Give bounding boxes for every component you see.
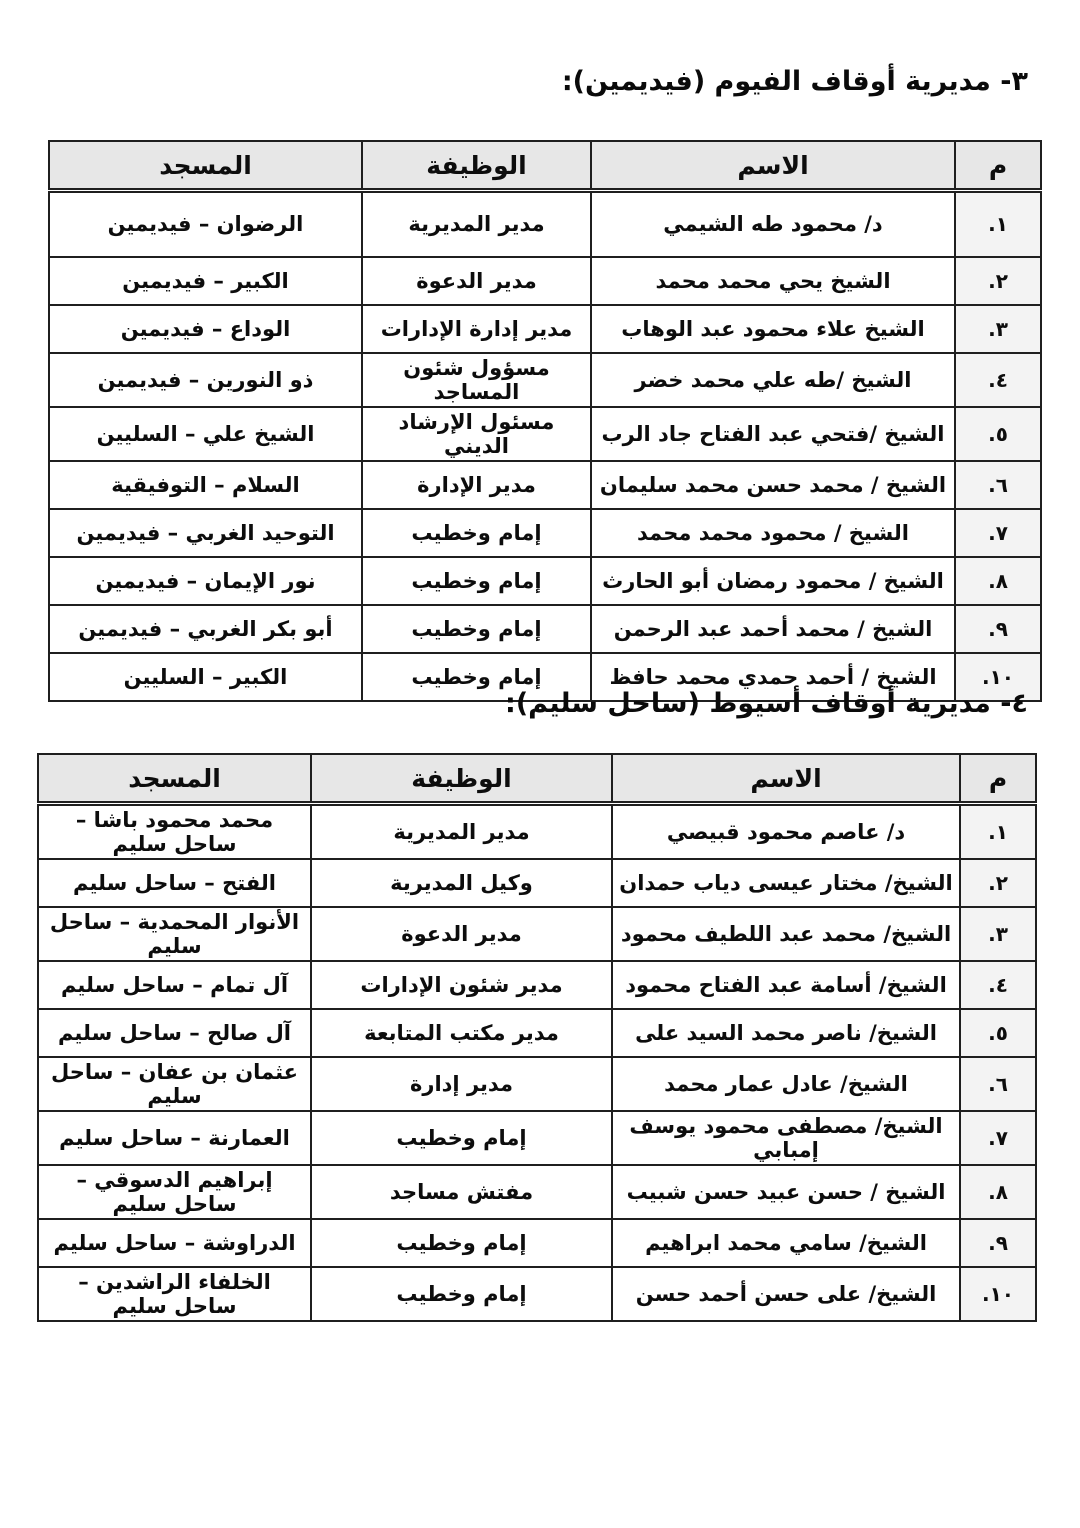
table-row: ٥. الشيخ /فتحي عبد الفتاح جاد الرب مسئول… bbox=[49, 407, 1041, 461]
row-number: ١٠. bbox=[960, 1267, 1036, 1321]
job-cell: مدير المديرية bbox=[311, 804, 612, 860]
row-number: ٧. bbox=[960, 1111, 1036, 1165]
name-cell: الشيخ/ مختار عيسى دياب حمدان bbox=[612, 859, 960, 907]
name-cell: الشيخ/ محمد عبد اللطيف محمود bbox=[612, 907, 960, 961]
job-cell: مسؤول شئون المساجد bbox=[362, 353, 591, 407]
name-cell: د/ عاصم محمود قبيصي bbox=[612, 804, 960, 860]
job-cell: مسئول الإرشاد الديني bbox=[362, 407, 591, 461]
row-number: ١. bbox=[960, 804, 1036, 860]
row-number: ٩. bbox=[960, 1219, 1036, 1267]
job-cell: وكيل المديرية bbox=[311, 859, 612, 907]
job-cell: مدير المديرية bbox=[362, 191, 591, 257]
mosque-cell: الأنوار المحمدية – ساحل سليم bbox=[38, 907, 311, 961]
name-cell: الشيخ/ سامي محمد ابراهيم bbox=[612, 1219, 960, 1267]
mosque-cell: آل تمام – ساحل سليم bbox=[38, 961, 311, 1009]
col-header-job: الوظيفة bbox=[362, 141, 591, 191]
job-cell: مدير الدعوة bbox=[311, 907, 612, 961]
document-page: { "page": { "background": "#ffffff", "te… bbox=[0, 0, 1080, 1528]
job-cell: مدير شئون الإدارات bbox=[311, 961, 612, 1009]
table-row: ٨. الشيخ / حسن عبيد حسن شبيب مفتش مساجد … bbox=[38, 1165, 1036, 1219]
col-header-num: م bbox=[955, 141, 1041, 191]
mosque-cell: التوحيد الغربي – فيديمين bbox=[49, 509, 362, 557]
row-number: ٨. bbox=[960, 1165, 1036, 1219]
table-row: ٩. الشيخ / محمد أحمد عبد الرحمن إمام وخط… bbox=[49, 605, 1041, 653]
table-row: ٣. الشيخ/ محمد عبد اللطيف محمود مدير الد… bbox=[38, 907, 1036, 961]
row-number: ٤. bbox=[960, 961, 1036, 1009]
job-cell: إمام وخطيب bbox=[311, 1219, 612, 1267]
mosque-cell: إبراهيم الدسوقي – ساحل سليم bbox=[38, 1165, 311, 1219]
name-cell: الشيخ/ أسامة عبد الفتاح محمود bbox=[612, 961, 960, 1009]
col-header-job: الوظيفة bbox=[311, 754, 612, 804]
table-header-row: م الاسم الوظيفة المسجد bbox=[38, 754, 1036, 804]
table-row: ١. د/ محمود طه الشيمي مدير المديرية الرض… bbox=[49, 191, 1041, 257]
name-cell: الشيخ /فتحي عبد الفتاح جاد الرب bbox=[591, 407, 955, 461]
section-title-assiut: ٤- مديرية أوقاف أسيوط (ساحل سليم): bbox=[505, 688, 1028, 719]
mosque-cell: آل صالح – ساحل سليم bbox=[38, 1009, 311, 1057]
mosque-cell: الدراوشة – ساحل سليم bbox=[38, 1219, 311, 1267]
row-number: ٥. bbox=[955, 407, 1041, 461]
mosque-cell: أبو بكر الغربي – فيديمين bbox=[49, 605, 362, 653]
name-cell: الشيخ / حسن عبيد حسن شبيب bbox=[612, 1165, 960, 1219]
table-row: ١٠. الشيخ/ على حسن أحمد حسن إمام وخطيب ا… bbox=[38, 1267, 1036, 1321]
row-number: ٦. bbox=[960, 1057, 1036, 1111]
name-cell: الشيخ / محمود رمضان أبو الحارث bbox=[591, 557, 955, 605]
mosque-cell: الكبير – فيديمين bbox=[49, 257, 362, 305]
job-cell: إمام وخطيب bbox=[362, 605, 591, 653]
mosque-cell: الفتح – ساحل سليم bbox=[38, 859, 311, 907]
mosque-cell: الرضوان – فيديمين bbox=[49, 191, 362, 257]
mosque-cell: ذو النورين – فيديمين bbox=[49, 353, 362, 407]
col-header-name: الاسم bbox=[612, 754, 960, 804]
row-number: ٥. bbox=[960, 1009, 1036, 1057]
row-number: ١. bbox=[955, 191, 1041, 257]
name-cell: الشيخ يحي محمد محمد bbox=[591, 257, 955, 305]
mosque-cell: عثمان بن عفان – ساحل سليم bbox=[38, 1057, 311, 1111]
row-number: ٣. bbox=[955, 305, 1041, 353]
mosque-cell: الكبير – السليين bbox=[49, 653, 362, 701]
row-number: ٢. bbox=[960, 859, 1036, 907]
job-cell: مدير إدارة الإدارات bbox=[362, 305, 591, 353]
section-title-fayoum: ٣- مديرية أوقاف الفيوم (فيديمين): bbox=[562, 66, 1028, 97]
mosque-cell: الوداع – فيديمين bbox=[49, 305, 362, 353]
name-cell: الشيخ / محمد حسن محمد سليمان bbox=[591, 461, 955, 509]
job-cell: مفتش مساجد bbox=[311, 1165, 612, 1219]
name-cell: د/ محمود طه الشيمي bbox=[591, 191, 955, 257]
name-cell: الشيخ علاء محمود عبد الوهاب bbox=[591, 305, 955, 353]
name-cell: الشيخ/ على حسن أحمد حسن bbox=[612, 1267, 960, 1321]
row-number: ٧. bbox=[955, 509, 1041, 557]
job-cell: مدير إدارة bbox=[311, 1057, 612, 1111]
name-cell: الشيخ / محمود محمد محمد bbox=[591, 509, 955, 557]
table-row: ٤. الشيخ/ أسامة عبد الفتاح محمود مدير شئ… bbox=[38, 961, 1036, 1009]
col-header-mosque: المسجد bbox=[49, 141, 362, 191]
job-cell: إمام وخطيب bbox=[311, 1267, 612, 1321]
job-cell: إمام وخطيب bbox=[362, 557, 591, 605]
job-cell: إمام وخطيب bbox=[311, 1111, 612, 1165]
table-row: ٥. الشيخ/ ناصر محمد السيد على مدير مكتب … bbox=[38, 1009, 1036, 1057]
assiut-roster-table: م الاسم الوظيفة المسجد ١. د/ عاصم محمود … bbox=[37, 753, 1037, 1322]
table-row: ٢. الشيخ/ مختار عيسى دياب حمدان وكيل الم… bbox=[38, 859, 1036, 907]
row-number: ٩. bbox=[955, 605, 1041, 653]
mosque-cell: العمارنة – ساحل سليم bbox=[38, 1111, 311, 1165]
job-cell: مدير الإدارة bbox=[362, 461, 591, 509]
table-row: ٣. الشيخ علاء محمود عبد الوهاب مدير إدار… bbox=[49, 305, 1041, 353]
table-row: ١. د/ عاصم محمود قبيصي مدير المديرية محم… bbox=[38, 804, 1036, 860]
name-cell: الشيخ / محمد أحمد عبد الرحمن bbox=[591, 605, 955, 653]
col-header-mosque: المسجد bbox=[38, 754, 311, 804]
fayoum-roster-table: م الاسم الوظيفة المسجد ١. د/ محمود طه ال… bbox=[48, 140, 1042, 702]
row-number: ٣. bbox=[960, 907, 1036, 961]
col-header-num: م bbox=[960, 754, 1036, 804]
name-cell: الشيخ/ مصطفى محمود يوسف إمبابي bbox=[612, 1111, 960, 1165]
mosque-cell: محمد محمود باشا – ساحل سليم bbox=[38, 804, 311, 860]
row-number: ٨. bbox=[955, 557, 1041, 605]
row-number: ٤. bbox=[955, 353, 1041, 407]
col-header-name: الاسم bbox=[591, 141, 955, 191]
job-cell: مدير مكتب المتابعة bbox=[311, 1009, 612, 1057]
table-header-row: م الاسم الوظيفة المسجد bbox=[49, 141, 1041, 191]
row-number: ٦. bbox=[955, 461, 1041, 509]
mosque-cell: الخلفاء الراشدين – ساحل سليم bbox=[38, 1267, 311, 1321]
mosque-cell: الشيخ علي – السليين bbox=[49, 407, 362, 461]
table-row: ٩. الشيخ/ سامي محمد ابراهيم إمام وخطيب ا… bbox=[38, 1219, 1036, 1267]
table-row: ٧. الشيخ / محمود محمد محمد إمام وخطيب ال… bbox=[49, 509, 1041, 557]
job-cell: مدير الدعوة bbox=[362, 257, 591, 305]
table-row: ٢. الشيخ يحي محمد محمد مدير الدعوة الكبي… bbox=[49, 257, 1041, 305]
table-row: ٨. الشيخ / محمود رمضان أبو الحارث إمام و… bbox=[49, 557, 1041, 605]
table-row: ٧. الشيخ/ مصطفى محمود يوسف إمبابي إمام و… bbox=[38, 1111, 1036, 1165]
name-cell: الشيخ/ عادل عمار محمد bbox=[612, 1057, 960, 1111]
name-cell: الشيخ/ ناصر محمد السيد على bbox=[612, 1009, 960, 1057]
mosque-cell: نور الإيمان – فيديمين bbox=[49, 557, 362, 605]
table-row: ٤. الشيخ /طه علي محمد خضر مسؤول شئون الم… bbox=[49, 353, 1041, 407]
name-cell: الشيخ /طه علي محمد خضر bbox=[591, 353, 955, 407]
row-number: ٢. bbox=[955, 257, 1041, 305]
table-row: ٦. الشيخ/ عادل عمار محمد مدير إدارة عثما… bbox=[38, 1057, 1036, 1111]
job-cell: إمام وخطيب bbox=[362, 509, 591, 557]
mosque-cell: السلام – التوفيقية bbox=[49, 461, 362, 509]
table-row: ٦. الشيخ / محمد حسن محمد سليمان مدير الإ… bbox=[49, 461, 1041, 509]
